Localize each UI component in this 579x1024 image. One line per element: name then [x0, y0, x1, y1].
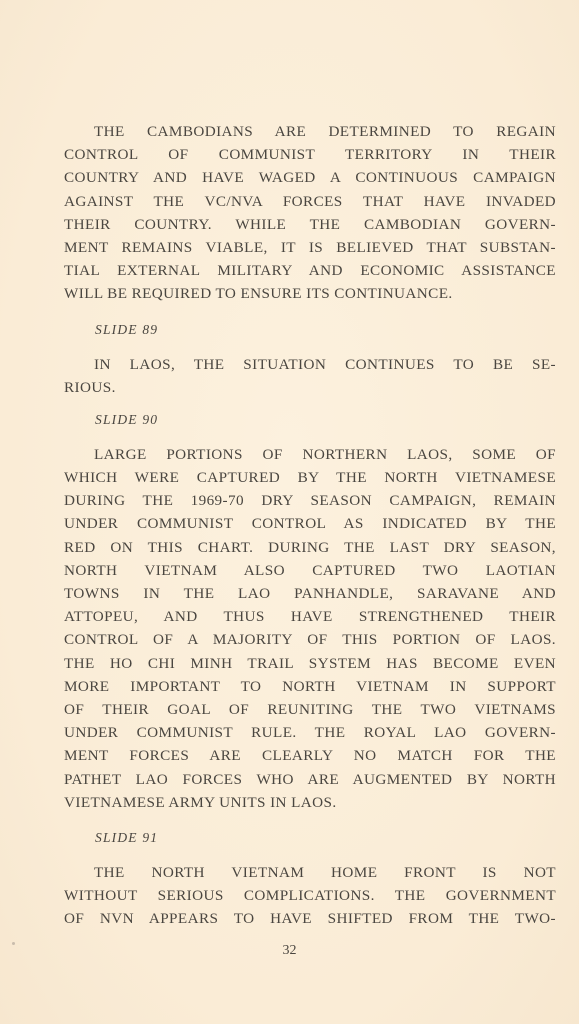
text-line: PATHET LAO FORCES WHO ARE AUGMENTED BY N…	[64, 768, 556, 791]
text-line: THE NORTH VIETNAM HOME FRONT IS NOT	[64, 861, 556, 884]
slide-91-heading: SLIDE 91	[64, 826, 556, 849]
text-line: CONTROL OF A MAJORITY OF THIS PORTION OF…	[64, 628, 556, 651]
text-line: CONTROL OF COMMUNIST TERRITORY IN THEIR	[64, 143, 556, 166]
text-line: COUNTRY AND HAVE WAGED A CONTINUOUS CAMP…	[64, 166, 556, 189]
paragraph-cambodia: THE CAMBODIANS ARE DETERMINED TO REGAIN …	[64, 120, 556, 306]
text-line: LARGE PORTIONS OF NORTHERN LAOS, SOME OF	[64, 443, 556, 466]
text-line: THE CAMBODIANS ARE DETERMINED TO REGAIN	[64, 120, 556, 143]
text-line: TIAL EXTERNAL MILITARY AND ECONOMIC ASSI…	[64, 259, 556, 282]
paragraph-slide-89: IN LAOS, THE SITUATION CONTINUES TO BE S…	[64, 353, 556, 399]
text-line: DURING THE 1969-70 DRY SEASON CAMPAIGN, …	[64, 489, 556, 512]
paragraph-slide-91: THE NORTH VIETNAM HOME FRONT IS NOT WITH…	[64, 861, 556, 931]
text-line: NORTH VIETNAM ALSO CAPTURED TWO LAOTIAN	[64, 559, 556, 582]
text-line: UNDER COMMUNIST CONTROL AS INDICATED BY …	[64, 512, 556, 535]
text-line: MENT REMAINS VIABLE, IT IS BELIEVED THAT…	[64, 236, 556, 259]
text-line: IN LAOS, THE SITUATION CONTINUES TO BE S…	[64, 353, 556, 376]
text-line: ATTOPEU, AND THUS HAVE STRENGTHENED THEI…	[64, 605, 556, 628]
text-line: AGAINST THE VC/NVA FORCES THAT HAVE INVA…	[64, 190, 556, 213]
text-line: OF NVN APPEARS TO HAVE SHIFTED FROM THE …	[64, 907, 556, 930]
text-column: THE CAMBODIANS ARE DETERMINED TO REGAIN …	[64, 120, 556, 930]
text-line: WHICH WERE CAPTURED BY THE NORTH VIETNAM…	[64, 466, 556, 489]
slide-89-heading: SLIDE 89	[64, 318, 556, 341]
paragraph-slide-90: LARGE PORTIONS OF NORTHERN LAOS, SOME OF…	[64, 443, 556, 814]
text-line: THEIR COUNTRY. WHILE THE CAMBODIAN GOVER…	[64, 213, 556, 236]
text-line: VIETNAMESE ARMY UNITS IN LAOS.	[64, 791, 556, 814]
text-line: MORE IMPORTANT TO NORTH VIETNAM IN SUPPO…	[64, 675, 556, 698]
text-line: MENT FORCES ARE CLEARLY NO MATCH FOR THE	[64, 744, 556, 767]
text-line: WILL BE REQUIRED TO ENSURE ITS CONTINUAN…	[64, 282, 556, 305]
page-number: 32	[0, 943, 579, 959]
paper-speck	[12, 942, 15, 945]
text-line: RIOUS.	[64, 376, 556, 399]
text-line: WITHOUT SERIOUS COMPLICATIONS. THE GOVER…	[64, 884, 556, 907]
slide-90-heading: SLIDE 90	[64, 408, 556, 431]
document-page: THE CAMBODIANS ARE DETERMINED TO REGAIN …	[0, 0, 579, 1024]
text-line: TOWNS IN THE LAO PANHANDLE, SARAVANE AND	[64, 582, 556, 605]
text-line: THE HO CHI MINH TRAIL SYSTEM HAS BECOME …	[64, 652, 556, 675]
text-line: UNDER COMMUNIST RULE. THE ROYAL LAO GOVE…	[64, 721, 556, 744]
text-line: RED ON THIS CHART. DURING THE LAST DRY S…	[64, 536, 556, 559]
text-line: OF THEIR GOAL OF REUNITING THE TWO VIETN…	[64, 698, 556, 721]
